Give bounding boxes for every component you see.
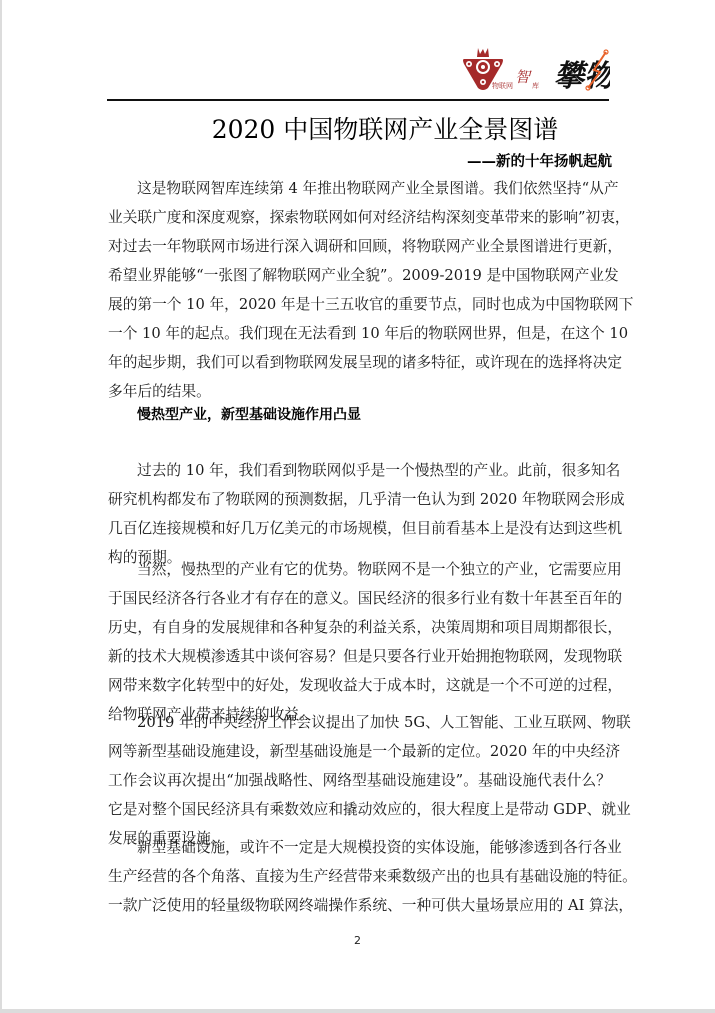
page-edge-bottom <box>0 1009 715 1013</box>
svg-text:攀物: 攀物 <box>554 59 610 92</box>
section-heading: 慢热型产业，新型基础设施作用凸显 <box>137 404 361 424</box>
text-line: 多年后的结果。 <box>108 377 611 406</box>
document-title: 2020 中国物联网产业全景图谱 <box>0 110 715 146</box>
header-logos: 物联网 智 库 攀物 <box>460 44 610 94</box>
text-line: 新的技术大规模渗透其中谈何容易？但是只要各行业开始拥抱物联网，发现物联 <box>108 642 611 671</box>
text-line: 业关联广度和深度观察，探索物联网如何对经济结构深刻变革带来的影响”初衷， <box>108 203 611 232</box>
svg-text:库: 库 <box>532 81 539 90</box>
text-line: 2019 年的中央经济工作会议提出了加快 5G、人工智能、工业互联网、物联 <box>108 708 611 737</box>
svg-text:智: 智 <box>515 68 532 86</box>
header-rule <box>107 99 609 101</box>
text-line: 工作会议再次提出“加强战略性、网络型基础设施建设”。基础设施代表什么？ <box>108 766 611 795</box>
intro-paragraph: 这是物联网智库连续第 4 年推出物联网产业全景图谱。我们依然坚持“从产 业关联广… <box>108 174 611 406</box>
text-line: 新型基础设施，或许不一定是大规模投资的实体设施，能够渗透到各行各业 <box>108 833 611 862</box>
text-line: 它是对整个国民经济具有乘数效应和撬动效应的，很大程度上是带动 GDP、就业 <box>108 795 611 824</box>
paragraph-3: 2019 年的中央经济工作会议提出了加快 5G、人工智能、工业互联网、物联 网等… <box>108 708 611 853</box>
text-line: 研究机构都发布了物联网的预测数据，几乎清一色认为到 2020 年物联网会形成 <box>108 485 611 514</box>
text-line: 希望业界能够“一张图了解物联网产业全貌”。2009-2019 是中国物联网产业发 <box>108 261 611 290</box>
text-line: 当然，慢热型的产业有它的优势。物联网不是一个独立的产业，它需要应用 <box>108 555 611 584</box>
text-line: 这是物联网智库连续第 4 年推出物联网产业全景图谱。我们依然坚持“从产 <box>108 174 611 203</box>
text-line: 历史，有自身的发展规律和各种复杂的利益关系，决策周期和项目周期都很长， <box>108 613 611 642</box>
paragraph-4: 新型基础设施，或许不一定是大规模投资的实体设施，能够渗透到各行各业 生产经营的各… <box>108 833 611 920</box>
text-line: 生产经营的各个角落、直接为生产经营带来乘数级产出的也具有基础设施的特征。 <box>108 862 611 891</box>
text-line: 几百亿连接规模和好几万亿美元的市场规模，但目前看基本上是没有达到这些机 <box>108 514 611 543</box>
text-line: 对过去一年物联网市场进行深入调研和回顾，将物联网产业全景图谱进行更新， <box>108 232 611 261</box>
svg-text:物联网: 物联网 <box>492 81 513 90</box>
page-edge-left <box>0 0 2 1013</box>
text-line: 年的起步期，我们可以看到物联网发展呈现的诸多特征，或许现在的选择将决定 <box>108 348 611 377</box>
text-line: 展的第一个 10 年，2020 年是十三五收官的重要节点，同时也成为中国物联网下 <box>108 290 611 319</box>
text-line: 于国民经济各行各业才有存在的意义。国民经济的很多行业有数十年甚至百年的 <box>108 584 611 613</box>
pan-logo-icon: 攀物 <box>554 48 610 92</box>
text-line: 网带来数字化转型中的好处，发现收益大于成本时，这就是一个不可逆的过程， <box>108 671 611 700</box>
paragraph-2: 当然，慢热型的产业有它的优势。物联网不是一个独立的产业，它需要应用 于国民经济各… <box>108 555 611 729</box>
document-subtitle: ——新的十年扬帆起航 <box>467 150 612 171</box>
text-line: 一款广泛使用的轻量级物联网终端操作系统、一种可供大量场景应用的 AI 算法， <box>108 891 611 920</box>
zhiku-logo-icon: 物联网 智 库 <box>460 44 545 92</box>
text-line: 一个 10 年的起点。我们现在无法看到 10 年后的物联网世界，但是，在这个 1… <box>108 319 611 348</box>
page-number: 2 <box>0 934 715 947</box>
text-line: 网等新型基础设施建设，新型基础设施是一个最新的定位。2020 年的中央经济 <box>108 737 611 766</box>
text-line: 过去的 10 年，我们看到物联网似乎是一个慢热型的产业。此前，很多知名 <box>108 456 611 485</box>
